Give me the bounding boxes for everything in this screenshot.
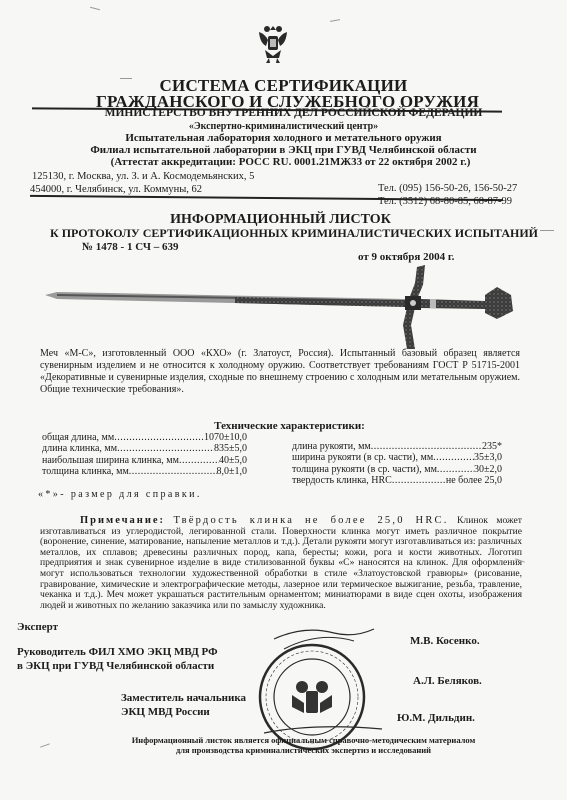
- center-name: «Экспертно-криминалистический центр»: [0, 121, 567, 132]
- intro-text: Меч «М-С», изготовленный ООО «КХО» (г. З…: [40, 348, 520, 396]
- spec-label: длина рукояти, мм: [292, 441, 371, 452]
- double-headed-eagle-emblem-icon: [255, 22, 291, 64]
- expert-name: М.В. Косенко.: [410, 635, 480, 647]
- protocol-number: № 1478 - 1 СЧ – 639: [82, 241, 178, 253]
- spec-label: толщина клинка, мм: [42, 466, 129, 477]
- spec-row: наибольшая ширина клинка, мм40±5,0: [42, 455, 247, 466]
- head-role-line1: Руководитель ФИЛ ХМО ЭКЦ МВД РФ: [17, 645, 218, 659]
- certificate-page: СИСТЕМА СЕРТИФИКАЦИИ ГРАЖДАНСКОГО И СЛУЖ…: [0, 0, 567, 800]
- specs-right-column: длина рукояти, мм235* ширина рукояти (в …: [292, 441, 502, 486]
- lab-name: Испытательная лаборатория холодного и ме…: [0, 132, 567, 144]
- spec-value: 35±3,0: [474, 452, 502, 463]
- expert-label: Эксперт: [17, 621, 58, 633]
- deputy-role-line2: ЭКЦ МВД России: [121, 705, 246, 719]
- spec-label: ширина рукояти (в ср. части), мм: [292, 452, 433, 463]
- ministry-name: МИНИСТЕРСТВО ВНУТРЕННИХ ДЕЛ РОССИЙСКОЙ Ф…: [20, 107, 567, 119]
- footer-line1: Информационный листок является официальн…: [40, 735, 567, 745]
- spec-value: 1070±10,0: [204, 432, 247, 443]
- spec-label: твердость клинка, HRC: [292, 475, 392, 486]
- spec-row: длина рукояти, мм235*: [292, 441, 502, 452]
- deputy-role: Заместитель начальника ЭКЦ МВД России: [121, 691, 246, 719]
- head-name: А.Л. Беляков.: [413, 675, 482, 687]
- spec-value: 235*: [482, 441, 502, 452]
- specs-title: Технические характеристики:: [12, 420, 567, 432]
- spec-row: толщина клинка, мм8,0±1,0: [42, 466, 247, 477]
- note-lead: Твёрдость клинка не более 25,0 HRC.: [174, 515, 449, 526]
- intro-paragraph: Меч «М-С», изготовленный ООО «КХО» (г. З…: [40, 348, 520, 396]
- spec-row: ширина рукояти (в ср. части), мм35±3,0: [292, 452, 502, 463]
- deputy-name: Ю.М. Дильдин.: [397, 712, 475, 724]
- address-chelyabinsk: 454000, г. Челябинск, ул. Коммуны, 62: [30, 184, 202, 195]
- sword-photo-icon: [45, 265, 515, 350]
- spec-label: толщина рукояти (в ср. части), мм: [292, 464, 437, 475]
- scan-speck: [330, 19, 340, 22]
- head-role: Руководитель ФИЛ ХМО ЭКЦ МВД РФ в ЭКЦ пр…: [17, 645, 218, 673]
- accreditation: (Аттестат аккредитации: РОСС RU. 0001.21…: [14, 156, 567, 168]
- specs-left-column: общая длина, мм1070±10,0 длина клинка, м…: [42, 432, 247, 477]
- scan-speck: [120, 78, 132, 79]
- spec-label: общая длина, мм: [42, 432, 114, 443]
- address-moscow: 125130, г. Москва, ул. З. и А. Космодемь…: [32, 171, 254, 182]
- footer-disclaimer: Информационный листок является официальн…: [40, 735, 567, 755]
- spec-value: 835±5,0: [214, 443, 247, 454]
- spec-row: толщина рукояти (в ср. части), мм30±2,0: [292, 464, 502, 475]
- spec-row: твердость клинка, HRCне более 25,0: [292, 475, 502, 486]
- spec-footnote: «*»- размер для справки.: [38, 489, 202, 500]
- spec-row: длина клинка, мм835±5,0: [42, 443, 247, 454]
- phone-chelyabinsk: Тел. (3512) 68-80-85, 68-87-99: [378, 196, 512, 207]
- note-text: Клинок может изготавливаться из углероди…: [40, 515, 522, 611]
- phone-moscow: Тел. (095) 156-50-26, 156-50-27: [378, 183, 517, 194]
- scan-speck: [540, 230, 554, 231]
- head-role-line2: в ЭКЦ при ГУВД Челябинской области: [17, 659, 218, 673]
- spec-label: наибольшая ширина клинка, мм: [42, 455, 179, 466]
- spec-label: длина клинка, мм: [42, 443, 117, 454]
- spec-value: 8,0±1,0: [217, 466, 248, 477]
- spec-value: 30±2,0: [474, 464, 502, 475]
- spec-value: не более 25,0: [446, 475, 502, 486]
- branch-name: Филиал испытательной лаборатории в ЭКЦ п…: [0, 144, 567, 156]
- deputy-role-line1: Заместитель начальника: [121, 691, 246, 705]
- spec-value: 40±5,0: [219, 455, 247, 466]
- protocol-date: от 9 октября 2004 г.: [358, 251, 454, 263]
- footer-line2: для производства криминалистических эксп…: [40, 745, 567, 755]
- note-paragraph: Примечание: Твёрдость клинка не более 25…: [40, 516, 522, 611]
- spec-row: общая длина, мм1070±10,0: [42, 432, 247, 443]
- note-heading: Примечание:: [80, 515, 165, 526]
- document-subtitle: К ПРОТОКОЛУ СЕРТИФИКАЦИОННЫХ КРИМИНАЛИСТ…: [50, 226, 538, 241]
- scan-speck: [90, 7, 100, 11]
